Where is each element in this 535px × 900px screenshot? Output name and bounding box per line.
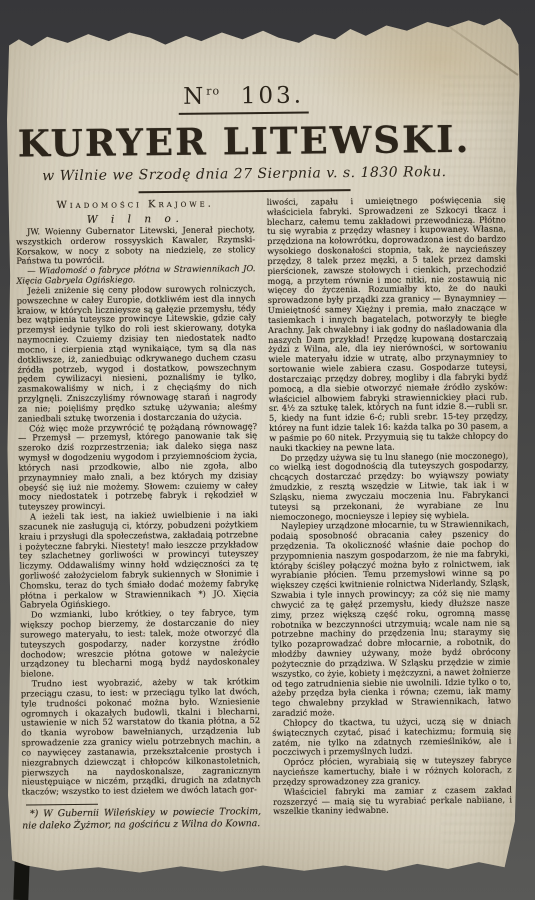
- paragraph: Naylepiey urządzone młocarnie, tu w Stra…: [270, 520, 511, 719]
- paragraph: A ieżeli tak iest, na iakież uwielbienie…: [19, 510, 259, 611]
- left-column: Wiadomości Krajowe. W i l n o. JW. Woien…: [16, 198, 262, 832]
- article-columns: Wiadomości Krajowe. W i l n o. JW. Woien…: [16, 195, 513, 831]
- issue-number: Nro 103.: [0, 76, 489, 112]
- issue-prefix: N: [183, 84, 206, 110]
- binding-shadow: [13, 860, 29, 900]
- newspaper-page: Nro 103. KURYER LITEWSKI. w Wilnie we Sr…: [6, 16, 520, 882]
- masthead-block: Nro 103. KURYER LITEWSKI. w Wilnie we Sr…: [0, 76, 490, 195]
- footnote: *) W Gubernii Wileńskiey w powiecie Troc…: [22, 806, 261, 832]
- paragraph: JW. Woienny Gubernator Litewski, Jenerał…: [16, 225, 255, 267]
- page-content: Nro 103. KURYER LITEWSKI. w Wilnie we Sr…: [2, 13, 524, 832]
- paragraph: Do wzmianki, lubo krótkiey, o tey fabryc…: [20, 608, 260, 679]
- issue-underline: [179, 112, 309, 115]
- paragraph: Jeżeli zniżenie się ceny płodow surowych…: [17, 284, 257, 424]
- footnote-rule: [26, 804, 98, 806]
- issue-value: 103.: [241, 83, 304, 110]
- newspaper-title: KURYER LITEWSKI.: [0, 118, 489, 165]
- paragraph: Właściciel fabryki ma zamiar z czasem za…: [273, 785, 512, 817]
- paragraph: Cóż więc może przywrócić tę pożądaną rów…: [18, 422, 258, 513]
- dateline-underline: [139, 189, 351, 193]
- dateline: w Wilnie we Srzodę dnia 27 Sierpnia v. s…: [0, 163, 489, 186]
- paragraph: Trudno iest wyobrazić, ażeby w tak krótk…: [21, 677, 261, 797]
- paragraph: Chłopcy do tkactwa, tu użyci, uczą się w…: [272, 716, 511, 758]
- section-heading: Wiadomości Krajowe.: [16, 198, 255, 213]
- paragraph: Oprócz płócien, wyrabiaią się w tuteysze…: [273, 756, 512, 788]
- paragraph: liwości, zapału i umieiętnego poświęceni…: [267, 195, 509, 453]
- right-column: liwości, zapału i umieiętnego poświęceni…: [267, 195, 513, 829]
- paragraph: Do przędzy używa się tu lnu słanego (nie…: [269, 451, 509, 522]
- issue-superscript: ro: [206, 84, 220, 97]
